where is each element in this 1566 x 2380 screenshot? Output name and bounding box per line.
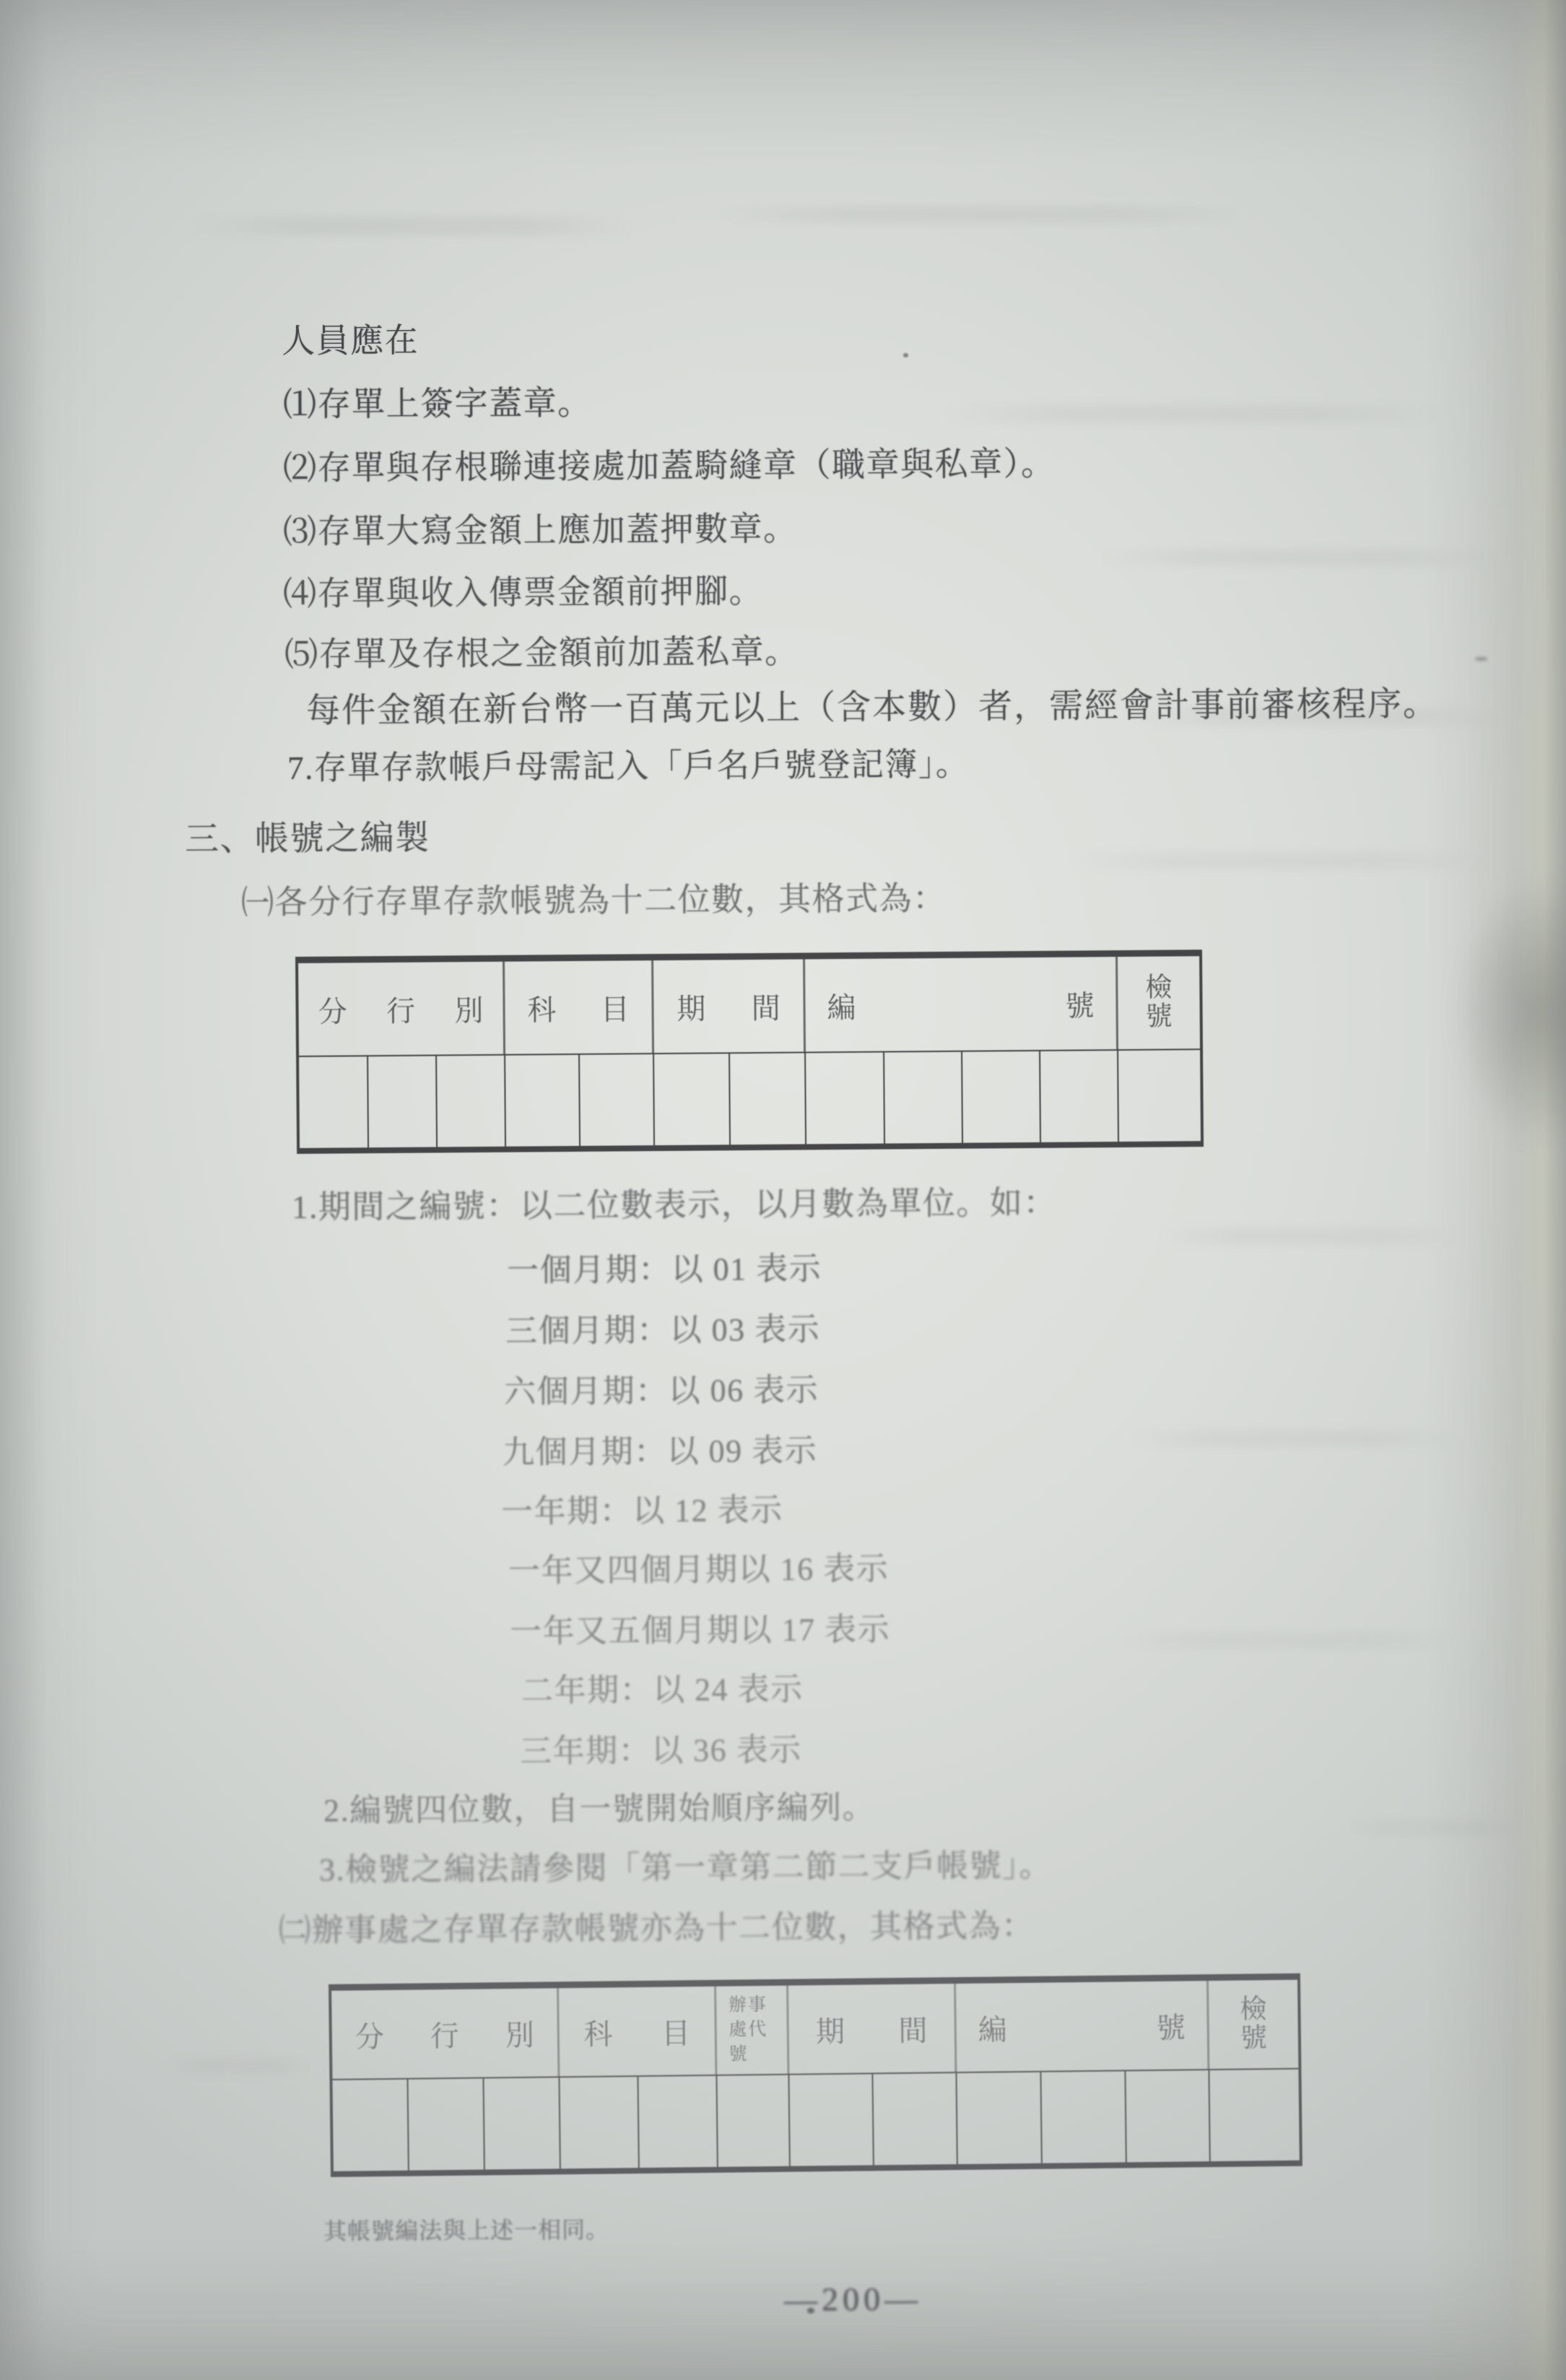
bleedthrough-smudge (188, 217, 635, 235)
table-header-section: 分行別 (298, 962, 505, 1056)
header-char: 目 (601, 986, 630, 1028)
header-char: 期 (677, 986, 705, 1027)
office-account-format-table: 分行別科目辦事處代號期間編號檢號 (329, 1973, 1302, 2177)
bleedthrough-smudge (708, 206, 1256, 223)
digit-cell (580, 1054, 655, 1146)
table-digit-row (332, 2068, 1299, 2171)
table-header-section: 期間 (653, 959, 806, 1053)
table-header-section: 編號 (956, 1981, 1209, 2072)
period-example: 六個月期：以 06 表示 (504, 1374, 819, 1408)
ink-speck (1475, 657, 1487, 661)
review-note: 每件金額在新台幣一百萬元以上（含本數）者，需經會計事前審核程序。 (306, 687, 1438, 729)
page-number: —200— (784, 2283, 922, 2316)
table-header-section: 分行別 (331, 1988, 560, 2079)
digit-cell (638, 2076, 718, 2168)
header-char: 號 (1065, 983, 1094, 1024)
closing-note: 其帳號編法與上述一相同。 (323, 2218, 609, 2243)
seal-item: ⑶存單大寫金額上應加蓋押數章。 (283, 513, 798, 549)
digit-cell (806, 1053, 885, 1145)
table-header-row: 分行別科目期間編號檢號 (298, 956, 1200, 1056)
header-char: 科 (527, 987, 556, 1028)
bleedthrough-smudge (1155, 1228, 1458, 1245)
numbering-rule: 3.檢號之編法請參閱「第一章第二節二支戶帳號」。 (319, 1850, 1052, 1886)
period-intro: 1.期間之編號：以二位數表示，以月數為單位。如： (292, 1187, 1057, 1224)
table-header-section: 檢號 (1118, 956, 1200, 1049)
period-example: 三年期：以 36 表示 (520, 1734, 802, 1768)
digit-cell (962, 1051, 1041, 1143)
digit-cell (717, 2075, 790, 2167)
header-char: 編 (978, 2007, 1007, 2048)
table-header-section: 科目 (559, 1986, 717, 2076)
header-char: 間 (898, 2007, 928, 2049)
seal-item: ⑷存單與收入傳票金額前押腳。 (283, 575, 763, 611)
header-char: 別 (454, 987, 483, 1028)
period-example: 二年期：以 24 表示 (521, 1674, 804, 1707)
digit-cell (409, 2079, 485, 2171)
header-char: 別 (505, 2012, 534, 2053)
numbering-rule: 2.編號四位數，自一號開始順序編列。 (323, 1791, 875, 1827)
digit-cell (873, 2073, 957, 2165)
intro-line: 人員應在 (282, 324, 419, 358)
table-digit-row (299, 1048, 1201, 1148)
header-char: 檢 (1240, 1995, 1266, 2024)
table-header-section: 期間 (788, 1984, 957, 2074)
digit-cell (1209, 2070, 1299, 2161)
header-char: 編 (827, 984, 856, 1025)
table-header-section: 科目 (505, 960, 654, 1054)
header-char: 號 (1240, 2024, 1267, 2053)
header-char: 期 (816, 2008, 845, 2049)
digit-cell (437, 1056, 506, 1147)
digit-cell (368, 1056, 438, 1147)
digit-cell (505, 1055, 580, 1147)
digit-cell (484, 2077, 560, 2169)
table-header-section: 辦事處代號 (716, 1986, 789, 2075)
seal-item: ⑵存單與存根聯連接處加蓋騎縫章（職章與私章）。 (283, 447, 1056, 485)
seal-item: ⑴存單上簽字蓋章。 (283, 386, 592, 422)
digit-cell (730, 1053, 806, 1145)
digit-cell (957, 2072, 1042, 2164)
header-char: 檢 (1145, 974, 1172, 1003)
period-example: 九個月期：以 09 表示 (503, 1435, 817, 1469)
header-char: 分 (318, 989, 347, 1030)
branch-account-format-table: 分行別科目期間編號檢號 (295, 950, 1204, 1154)
header-char: 間 (752, 985, 780, 1026)
item7-line: 7.存單存款帳戶母需記入「戶名戶號登記簿」。 (287, 748, 970, 785)
digit-cell (789, 2074, 874, 2166)
bleedthrough-smudge (1126, 1430, 1458, 1447)
table-header-row: 分行別科目辦事處代號期間編號檢號 (331, 1980, 1298, 2079)
period-example: 三個月期：以 03 表示 (505, 1313, 820, 1347)
sub-item-2: ㈡辦事處之存單存款帳號亦為十二位數，其格式為： (279, 1911, 1035, 1947)
bleedthrough-smudge (1112, 1632, 1458, 1649)
bleedthrough-smudge (166, 2058, 310, 2074)
page-edge-shadow (1451, 874, 1566, 1148)
digit-cell (1126, 2070, 1210, 2162)
header-char: 行 (430, 2012, 459, 2054)
header-char: 號 (1146, 1002, 1173, 1031)
digit-cell (560, 2077, 639, 2168)
section-heading: 三、帳號之編製 (185, 822, 430, 857)
table-header-section: 檢號 (1209, 1980, 1298, 2069)
digit-cell (1040, 1051, 1119, 1142)
sub-item-1: ㈠各分行存單存款帳號為十二位數，其格式為： (241, 882, 947, 919)
digit-cell (654, 1054, 731, 1145)
period-example: 一年又四個月期以 16 表示 (508, 1553, 889, 1587)
period-example: 一年期：以 12 表示 (501, 1495, 783, 1528)
digit-cell (1041, 2071, 1126, 2163)
ink-speck (903, 353, 908, 357)
bleedthrough-smudge (1097, 549, 1502, 566)
digit-cell (1118, 1050, 1201, 1142)
bleedthrough-smudge (1069, 852, 1487, 869)
bleedthrough-smudge (939, 404, 1444, 423)
header-char: 行 (386, 988, 415, 1029)
header-label: 辦事處代號 (728, 1993, 775, 2067)
header-char: 分 (354, 2014, 384, 2055)
seal-item: ⑸存單及存根之金額前加蓋私章。 (284, 635, 799, 672)
header-char: 目 (661, 2010, 691, 2051)
table-header-section: 編號 (805, 957, 1118, 1051)
period-example: 一個月期：以 01 表示 (507, 1253, 822, 1287)
digit-cell (884, 1052, 963, 1144)
scanned-page: 人員應在 ⑴存單上簽字蓋章。⑵存單與存根聯連接處加蓋騎縫章（職章與私章）。⑶存單… (0, 0, 1566, 2380)
header-char: 號 (1156, 2005, 1186, 2046)
bleedthrough-smudge (1343, 1820, 1523, 1836)
header-char: 科 (583, 2011, 613, 2052)
period-example: 一年又五個月期以 17 表示 (510, 1614, 890, 1648)
digit-cell (299, 1056, 369, 1148)
digit-cell (333, 2080, 409, 2171)
